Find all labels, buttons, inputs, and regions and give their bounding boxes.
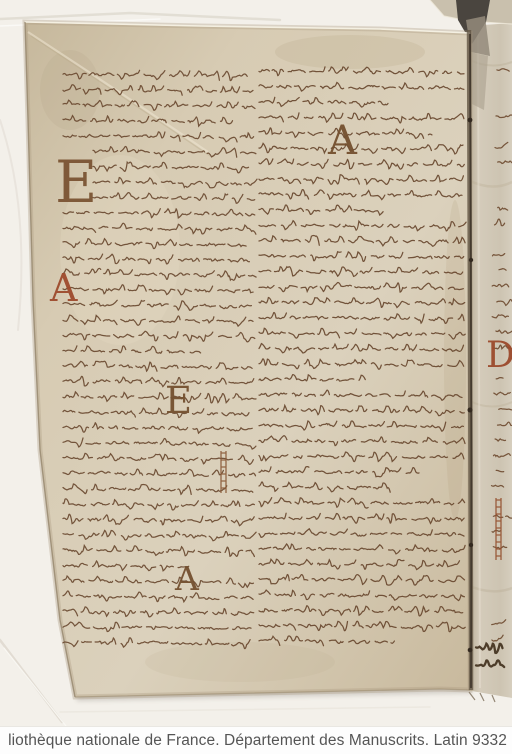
caption-bar: liothèque nationale de France. Départeme… [0,726,512,754]
manuscript-scan: EAEAAD [0,0,512,727]
initial-A-rubric: A [49,266,78,310]
manuscript-page [25,22,470,697]
initial-A-right-column: A [327,118,358,164]
caption-text: liothèque nationale de France. Départeme… [8,732,507,750]
initial-D-facing-page: D [486,335,512,376]
initial-E-large: E [55,148,97,216]
initial-A-ampelos: A [174,559,200,598]
manuscript-viewer: EAEAAD liothèque nationale de France. Dé… [0,0,512,754]
initial-E-emplastrum: E [165,379,192,422]
